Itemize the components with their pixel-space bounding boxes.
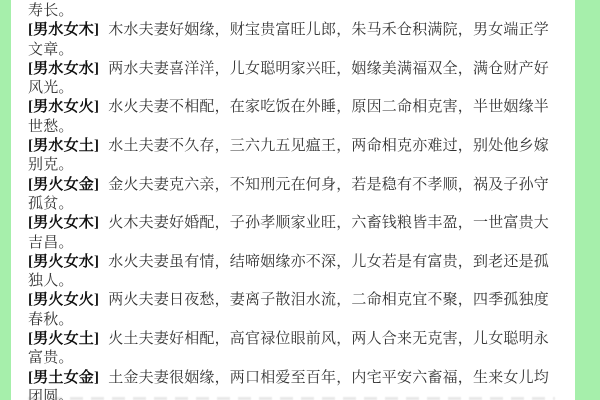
entry-text: 金火夫妻克六亲，不知刑元在何身，若是稳有不孝顺，祸及子孙守孤贫。 [28, 177, 549, 212]
entry-shui-huo: [男水女火]水火夫妻不相配，在家吃饭在外睡，原因二命相克害，半世姻缘半世愁。 [28, 98, 558, 137]
entry-label: [男水女木] [28, 22, 99, 38]
entry-label: [男火女土] [28, 331, 99, 347]
entry-huo-tu: [男火女土]火土夫妻好相配，高官禄位眼前风，两人合来无克害，儿女聪明永富贵。 [28, 330, 558, 369]
article-text: 寿长。 [男水女木]木水夫妻好姻缘，财宝贵富旺儿郎，朱马禾仓积满院，男女端正学文… [11, 0, 575, 400]
entry-label: [男水女火] [28, 99, 99, 115]
entry-huo-shui: [男火女水]水火夫妻虽有情，结啼姻缘亦不深，儿女若是有富贵，到老还是孤独人。 [28, 253, 558, 292]
entry-label: [男土女金] [28, 370, 99, 386]
entry-huo-huo: [男火女火]两火夫妻日夜愁，妻离子散泪水流，二命相克宜不聚，四季孤独度春秋。 [28, 291, 558, 330]
entry-huo-mu: [男火女木]火木夫妻好婚配，子孙孝顺家业旺，六畜钱粮皆丰盈，一世富贵大吉昌。 [28, 214, 558, 253]
entry-tu-jin: [男土女金]土金夫妻很姻缘，两口相爱至百年，内宅平安六畜福，生来女儿均团圆。 [28, 369, 558, 400]
entry-shui-mu: [男水女木]木水夫妻好姻缘，财宝贵富旺儿郎，朱马禾仓积满院，男女端正学文章。 [28, 21, 558, 60]
entry-label: [男水女水] [28, 61, 99, 77]
entry-continuation-fragment: 寿长。 [28, 2, 558, 21]
entry-text: 水土夫妻不久存，三六九五见瘟王，两命相克亦难过，别处他乡嫁别克。 [28, 138, 549, 173]
entry-text: 水火夫妻虽有情，结啼姻缘亦不深，儿女若是有富贵，到老还是孤独人。 [28, 254, 549, 289]
entry-shui-tu: [男水女土]水土夫妻不久存，三六九五见瘟王，两命相克亦难过，别处他乡嫁别克。 [28, 137, 558, 176]
entry-label: [男火女火] [28, 292, 99, 308]
entry-label: [男火女木] [28, 215, 99, 231]
page: { "page": { "background_color": "#a6efab… [0, 0, 600, 400]
entry-text: 土金夫妻很姻缘，两口相爱至百年，内宅平安六畜福，生来女儿均团圆。 [28, 370, 549, 400]
entry-label: [男水女土] [28, 138, 99, 154]
entry-shui-shui: [男水女水]两水夫妻喜洋洋，儿女聪明家兴旺，姻缘美满福双全，满仓财产好风光。 [28, 60, 558, 99]
entry-text: 两火夫妻日夜愁，妻离子散泪水流，二命相克宜不聚，四季孤独度春秋。 [28, 292, 549, 327]
entry-text: 火木夫妻好婚配，子孙孝顺家业旺，六畜钱粮皆丰盈，一世富贵大吉昌。 [28, 215, 549, 250]
entry-text: 火土夫妻好相配，高官禄位眼前风，两人合来无克害，儿女聪明永富贵。 [28, 331, 549, 366]
entry-text: 水火夫妻不相配，在家吃饭在外睡，原因二命相克害，半世姻缘半世愁。 [28, 99, 549, 134]
entry-label: [男火女水] [28, 254, 99, 270]
entry-huo-jin: [男火女金]金火夫妻克六亲，不知刑元在何身，若是稳有不孝顺，祸及子孙守孤贫。 [28, 176, 558, 215]
entry-label: [男火女金] [28, 177, 99, 193]
entry-text: 木水夫妻好姻缘，财宝贵富旺儿郎，朱马禾仓积满院，男女端正学文章。 [28, 22, 549, 57]
article-card: 寿长。 [男水女木]木水夫妻好姻缘，财宝贵富旺儿郎，朱马禾仓积满院，男女端正学文… [11, 0, 575, 400]
entry-text: 两水夫妻喜洋洋，儿女聪明家兴旺，姻缘美满福双全，满仓财产好风光。 [28, 61, 549, 96]
